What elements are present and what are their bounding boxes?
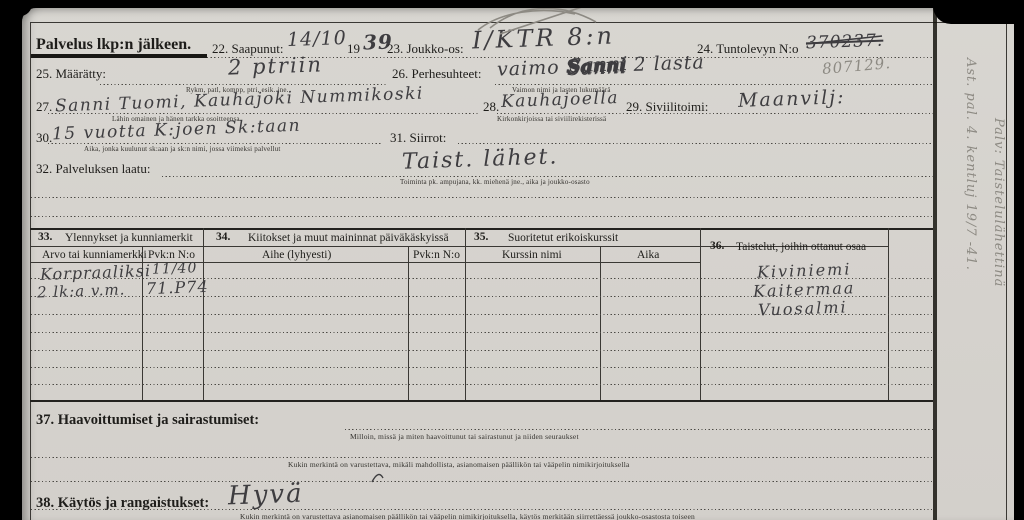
scan-corner-top-right <box>933 0 1024 24</box>
scan-edge-top <box>0 0 1024 8</box>
scan-edge-left <box>0 0 22 520</box>
ink-strikethrough <box>806 36 882 44</box>
scan-edge-right <box>1014 0 1024 520</box>
scanned-service-record: Palvelus lkp:n jälkeen. 22. Saapunut: 14… <box>0 0 1024 520</box>
stray-marks-overlay <box>0 0 1024 520</box>
pencil-scribble <box>478 6 596 34</box>
ink-tick-mark <box>372 475 383 482</box>
